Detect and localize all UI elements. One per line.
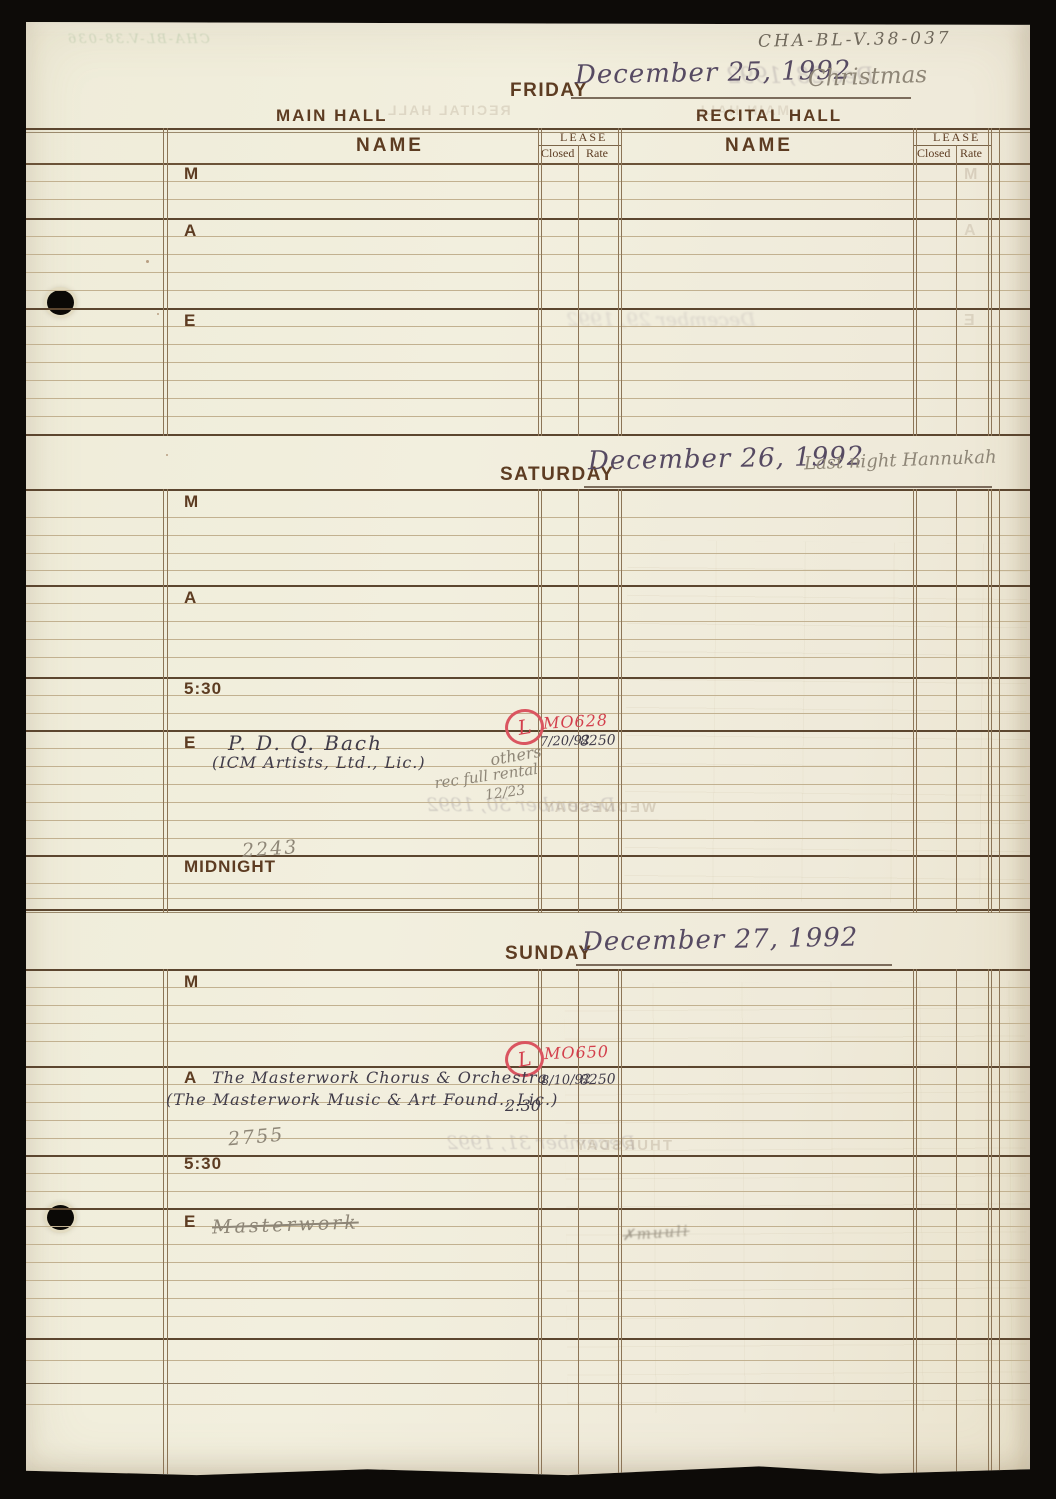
saturday-table-grid — [26, 489, 1030, 913]
paper-speck — [166, 454, 168, 456]
grid-line — [26, 1360, 1030, 1361]
grid-line — [26, 621, 1030, 622]
grid-line — [991, 128, 992, 436]
grid-line — [26, 416, 1030, 417]
sunday-day-label: SUNDAY — [505, 943, 593, 965]
grid-line — [26, 199, 1030, 200]
grid-line — [916, 128, 917, 436]
grid-line — [26, 254, 1030, 255]
grid-line — [26, 1005, 1030, 1006]
grid-line — [26, 1280, 1030, 1281]
grid-line — [26, 1120, 1030, 1121]
grid-line — [999, 128, 1000, 436]
date-rule-line — [571, 97, 911, 99]
grid-line — [26, 883, 1030, 884]
grid-line — [26, 290, 1030, 291]
grid-line — [163, 489, 164, 913]
scan-background: CHA-BL-V.38-036 Dec 28, 1992 RECITAL HAL… — [0, 0, 1056, 1499]
grid-line — [26, 1244, 1030, 1245]
recital-closed-header: Closed — [917, 146, 950, 161]
grid-line — [916, 969, 917, 1474]
grid-line — [988, 969, 989, 1474]
grid-line — [26, 535, 1030, 536]
grid-line — [988, 489, 989, 913]
grid-line — [913, 128, 914, 436]
grid-line — [621, 969, 622, 1474]
grid-line — [26, 1191, 1030, 1192]
grid-line — [26, 784, 1030, 785]
grid-line — [26, 820, 1030, 821]
grid-line — [26, 181, 1030, 182]
sunday-row-e: E — [184, 1212, 196, 1232]
grid-line — [26, 639, 1030, 640]
main-hall-label: MAIN HALL — [276, 106, 387, 126]
grid-line — [916, 489, 917, 913]
grid-line — [26, 344, 1030, 345]
grid-line — [26, 398, 1030, 399]
friday-row-a: A — [184, 221, 197, 241]
grid-line — [538, 128, 539, 436]
saturday-entry-licensee: (ICM Artists, Ltd., Lic.) — [212, 753, 426, 772]
grid-line — [163, 969, 164, 1474]
grid-line — [956, 969, 957, 1474]
main-name-column-header: NAME — [356, 135, 424, 157]
grid-line — [541, 969, 542, 1474]
grid-line — [26, 1383, 1030, 1384]
grid-line — [26, 1404, 1030, 1405]
grid-line — [956, 489, 957, 913]
grid-line — [26, 1138, 1030, 1139]
grid-line — [999, 489, 1000, 913]
friday-row-e: E — [184, 311, 196, 331]
grid-line — [621, 128, 622, 436]
grid-line — [991, 489, 992, 913]
grid-line — [26, 838, 1030, 839]
grid-line — [26, 1226, 1030, 1227]
recital-rate-header: Rate — [960, 146, 982, 161]
grid-line — [26, 1173, 1030, 1174]
grid-line — [26, 434, 1030, 436]
friday-holiday-note: Christmas — [808, 62, 928, 92]
saturday-stamp-code: MO628 — [543, 710, 609, 732]
grid-line — [913, 489, 914, 913]
grid-line — [26, 898, 1030, 899]
date-rule-line — [584, 486, 992, 488]
grid-line — [999, 969, 1000, 1474]
archive-code: CHA-BL-V.38-037 — [758, 28, 952, 51]
grid-line — [26, 585, 1030, 587]
grid-line — [26, 987, 1030, 988]
grid-line — [26, 218, 1030, 220]
grid-line — [26, 517, 1030, 518]
sunday-entry-time: 2:30 — [505, 1096, 541, 1115]
grid-line — [988, 128, 989, 436]
grid-line — [26, 1298, 1030, 1299]
grid-line — [26, 1316, 1030, 1317]
grid-line — [26, 855, 1030, 857]
main-closed-header: Closed — [541, 146, 574, 161]
grid-line — [538, 489, 539, 913]
saturday-row-m: M — [184, 492, 199, 512]
grid-line — [26, 132, 1030, 133]
grid-line — [167, 969, 168, 1474]
grid-line — [578, 145, 579, 436]
grid-line — [26, 657, 1030, 658]
grid-line — [26, 1338, 1030, 1340]
grid-line — [578, 489, 579, 913]
main-rate-header: Rate — [586, 146, 608, 161]
saturday-row-530: 5:30 — [184, 679, 222, 699]
grid-line — [26, 163, 1030, 165]
grid-line — [26, 802, 1030, 803]
recital-lease-header: LEASE — [933, 130, 980, 145]
recital-name-column-header: NAME — [725, 135, 793, 157]
grid-line — [26, 308, 1030, 310]
grid-line — [26, 1155, 1030, 1157]
grid-line — [26, 326, 1030, 327]
grid-line — [26, 128, 1030, 130]
ledger-page: CHA-BL-V.38-036 Dec 28, 1992 RECITAL HAL… — [26, 22, 1030, 1478]
sunday-entry-name: The Masterwork Chorus & Orchestra — [212, 1068, 548, 1087]
sunday-entry-licensee: (The Masterwork Music & Art Found., Lic.… — [166, 1090, 558, 1109]
grid-line — [26, 489, 1030, 491]
grid-line — [956, 145, 957, 436]
grid-line — [26, 695, 1030, 696]
grid-line — [26, 909, 1030, 911]
grid-line — [26, 272, 1030, 273]
sunday-row-m: M — [184, 972, 199, 992]
friday-table-grid — [26, 128, 1030, 436]
sunday-row-530: 5:30 — [184, 1154, 222, 1174]
grid-line — [991, 969, 992, 1474]
recital-hall-label: RECITAL HALL — [696, 106, 842, 126]
saturday-pencil-event-number: 2243 — [241, 836, 299, 862]
grid-line — [618, 128, 619, 436]
grid-line — [26, 1023, 1030, 1024]
grid-line — [26, 236, 1030, 237]
main-lease-header: LEASE — [560, 130, 607, 145]
grid-line — [26, 969, 1030, 971]
bleedthrough-recital-hall: RECITAL HALL — [386, 102, 511, 118]
grid-line — [26, 677, 1030, 679]
grid-line — [26, 362, 1030, 363]
grid-line — [167, 128, 168, 436]
stamp-letter: L — [516, 714, 533, 740]
grid-line — [618, 969, 619, 1474]
grid-line — [621, 489, 622, 913]
grid-line — [618, 489, 619, 913]
grid-line — [26, 570, 1030, 571]
grid-line — [26, 553, 1030, 554]
sunday-lease-rate-value: 8250 — [580, 1071, 616, 1088]
saturday-lease-rate-value: 8250 — [580, 732, 616, 749]
grid-line — [26, 380, 1030, 381]
grid-line — [26, 1208, 1030, 1210]
sunday-row-a: A — [184, 1068, 197, 1088]
sunday-stamp-code: MO650 — [544, 1042, 610, 1063]
date-rule-line — [576, 964, 892, 966]
grid-line — [26, 603, 1030, 604]
grid-line — [167, 489, 168, 913]
grid-line — [913, 969, 914, 1474]
bleedthrough-archive-code: CHA-BL-V.38-036 — [66, 32, 210, 47]
saturday-row-e: E — [184, 733, 196, 753]
saturday-row-a: A — [184, 588, 197, 608]
saturday-entry-name: P. D. Q. Bach — [228, 731, 383, 755]
grid-line — [26, 912, 1030, 913]
grid-line — [26, 1262, 1030, 1263]
friday-row-m: M — [184, 164, 199, 184]
grid-line — [541, 128, 542, 436]
sunday-date-handwritten: December 27, 1992 — [582, 923, 859, 958]
grid-line — [541, 489, 542, 913]
grid-line — [163, 128, 164, 436]
